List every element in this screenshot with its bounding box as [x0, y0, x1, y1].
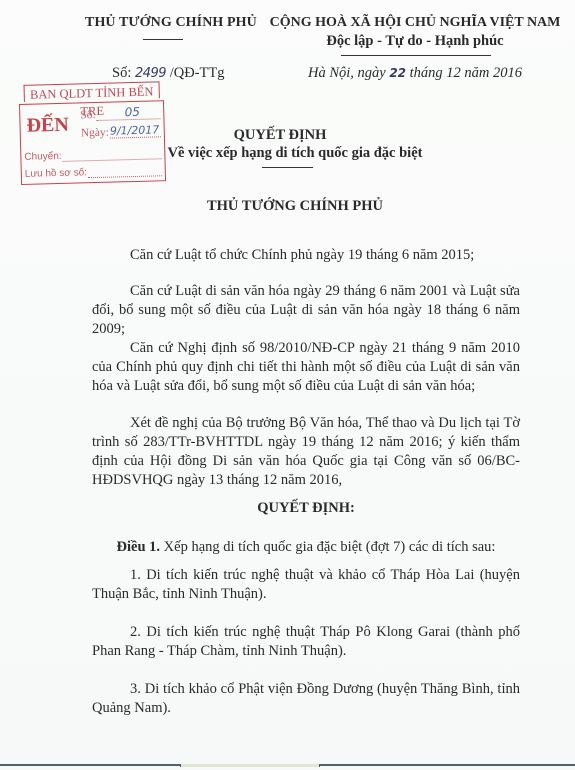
stamp-so-row: Số: 05 — [80, 107, 160, 121]
stamp-title: BAN QLDT TỈNH BẾN TRE — [24, 81, 160, 102]
motto-underline — [341, 55, 491, 56]
article-1-item: 2. Di tích kiến trúc nghệ thuật Tháp Pô … — [92, 623, 520, 661]
document-number: Số: 2499 /QĐ-TTg — [112, 65, 224, 82]
authority-heading: THỦ TƯỚNG CHÍNH PHỦ — [180, 198, 410, 215]
stamp-ngay-field: 9/1/2017 — [110, 127, 161, 138]
received-stamp: BAN QLDT TỈNH BẾN TRE ĐẾN Số: 05 Ngày: 9… — [19, 100, 166, 185]
preamble-paragraph: Căn cứ Nghị định số 98/2010/NĐ-CP ngày 2… — [92, 339, 520, 396]
stamp-luu-label: Lưu hồ sơ số: — [25, 167, 87, 180]
preamble-paragraph: Xét đề nghị của Bộ trưởng Bộ Văn hóa, Th… — [92, 414, 520, 490]
stamp-chuyen-row: Chuyển: — [24, 148, 161, 163]
decision-heading: QUYẾT ĐỊNH: — [92, 500, 520, 517]
article-1-heading: Điều 1. Xếp hạng di tích quốc gia đặc bi… — [92, 539, 520, 556]
document-subtitle: Về việc xếp hạng di tích quốc gia đặc bi… — [150, 145, 440, 162]
document-title: QUYẾT ĐỊNH — [200, 127, 360, 144]
stamp-ngay-row: Ngày: 9/1/2017 — [81, 125, 161, 139]
document-number-suffix: /QĐ-TTg — [170, 65, 225, 81]
article-1-item: 3. Di tích khảo cổ Phật viện Đồng Dương … — [92, 680, 520, 718]
stamp-ngay-label: Ngày: — [81, 127, 109, 140]
document-number-prefix: Số: — [112, 65, 131, 81]
document-page: THỦ TƯỚNG CHÍNH PHỦ Số: 2499 /QĐ-TTg CỘN… — [0, 0, 575, 770]
agency-underline — [143, 39, 183, 40]
article-1-text: Xếp hạng di tích quốc gia đặc biệt (đợt … — [164, 539, 496, 555]
place-date-suffix: tháng 12 năm 2016 — [410, 65, 522, 81]
stamp-den-label: ĐẾN — [26, 114, 69, 138]
stamp-so-field: 05 — [97, 109, 161, 121]
national-motto: Độc lập - Tự do - Hạnh phúc — [262, 33, 568, 50]
article-1-item: 1. Di tích kiến trúc nghệ thuật và khảo … — [92, 566, 520, 604]
document-number-handwritten: 2499 — [135, 66, 166, 81]
place-date-prefix: Hà Nội, ngày — [308, 65, 386, 81]
preamble-paragraph: Căn cứ Luật tổ chức Chính phủ ngày 19 th… — [92, 246, 520, 265]
article-1-label: Điều 1. — [117, 539, 161, 555]
preamble-paragraph: Căn cứ Luật di sản văn hóa ngày 29 tháng… — [92, 282, 520, 339]
page-bottom-tab — [180, 764, 320, 767]
stamp-chuyen-field — [63, 149, 162, 162]
stamp-luu-row: Lưu hồ sơ số: — [25, 165, 162, 180]
stamp-chuyen-label: Chuyển: — [24, 151, 62, 163]
stamp-so-value: 05 — [124, 105, 140, 119]
place-date-day: 22 — [389, 66, 406, 80]
stamp-so-label: Số: — [80, 109, 96, 121]
stamp-ngay-value: 9/1/2017 — [110, 123, 160, 137]
title-underline — [262, 167, 313, 168]
stamp-luu-field — [88, 166, 162, 178]
national-title: CỘNG HOÀ XÃ HỘI CHỦ NGHĨA VIỆT NAM — [262, 15, 568, 31]
issuing-agency: THỦ TƯỚNG CHÍNH PHỦ — [85, 15, 245, 31]
place-date: Hà Nội, ngày 22 tháng 12 năm 2016 — [262, 65, 568, 82]
